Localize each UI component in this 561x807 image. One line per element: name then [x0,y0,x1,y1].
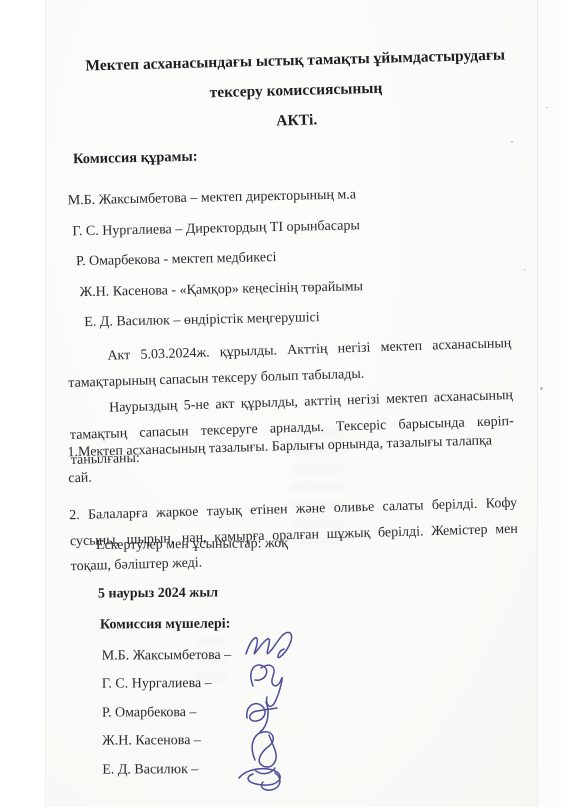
signature-ink-4 [252,732,276,774]
commission-heading: Комиссия құрамы: [73,149,198,169]
scan-speck [524,269,525,271]
finding-item: 2. Балаларға жаркое тауық етінен және ол… [69,491,519,580]
handwritten-signatures [191,622,321,794]
signature-ink-5 [239,769,280,791]
remarks-line: Ескертулер мен ұсыныстар: жоқ [96,536,288,554]
signature-ink-3 [247,702,277,732]
findings-list: 1.Мектеп асханасының тазалығы. Барлығы о… [67,428,519,580]
scan-speck [546,107,548,108]
signature-ink-1 [246,632,292,657]
document-page: Мектеп асханасындағы ыстық тамақты ұйымд… [45,0,561,807]
document-title: Мектеп асханасындағы ыстық тамақты ұйымд… [65,40,527,142]
signature-ink-2 [251,665,282,706]
document-date: 5 наурыз 2024 жыл [98,585,218,602]
scanned-document: Мектеп асханасындағы ыстық тамақты ұйымд… [0,0,561,807]
scan-speck [511,141,513,143]
scan-edge-line [537,0,538,807]
scan-light-strip [538,0,561,807]
scan-speck [540,387,543,390]
scan-margin [0,0,45,807]
commission-member-list: М.Б. Жаксымбетова – мектеп директорының … [67,178,490,339]
